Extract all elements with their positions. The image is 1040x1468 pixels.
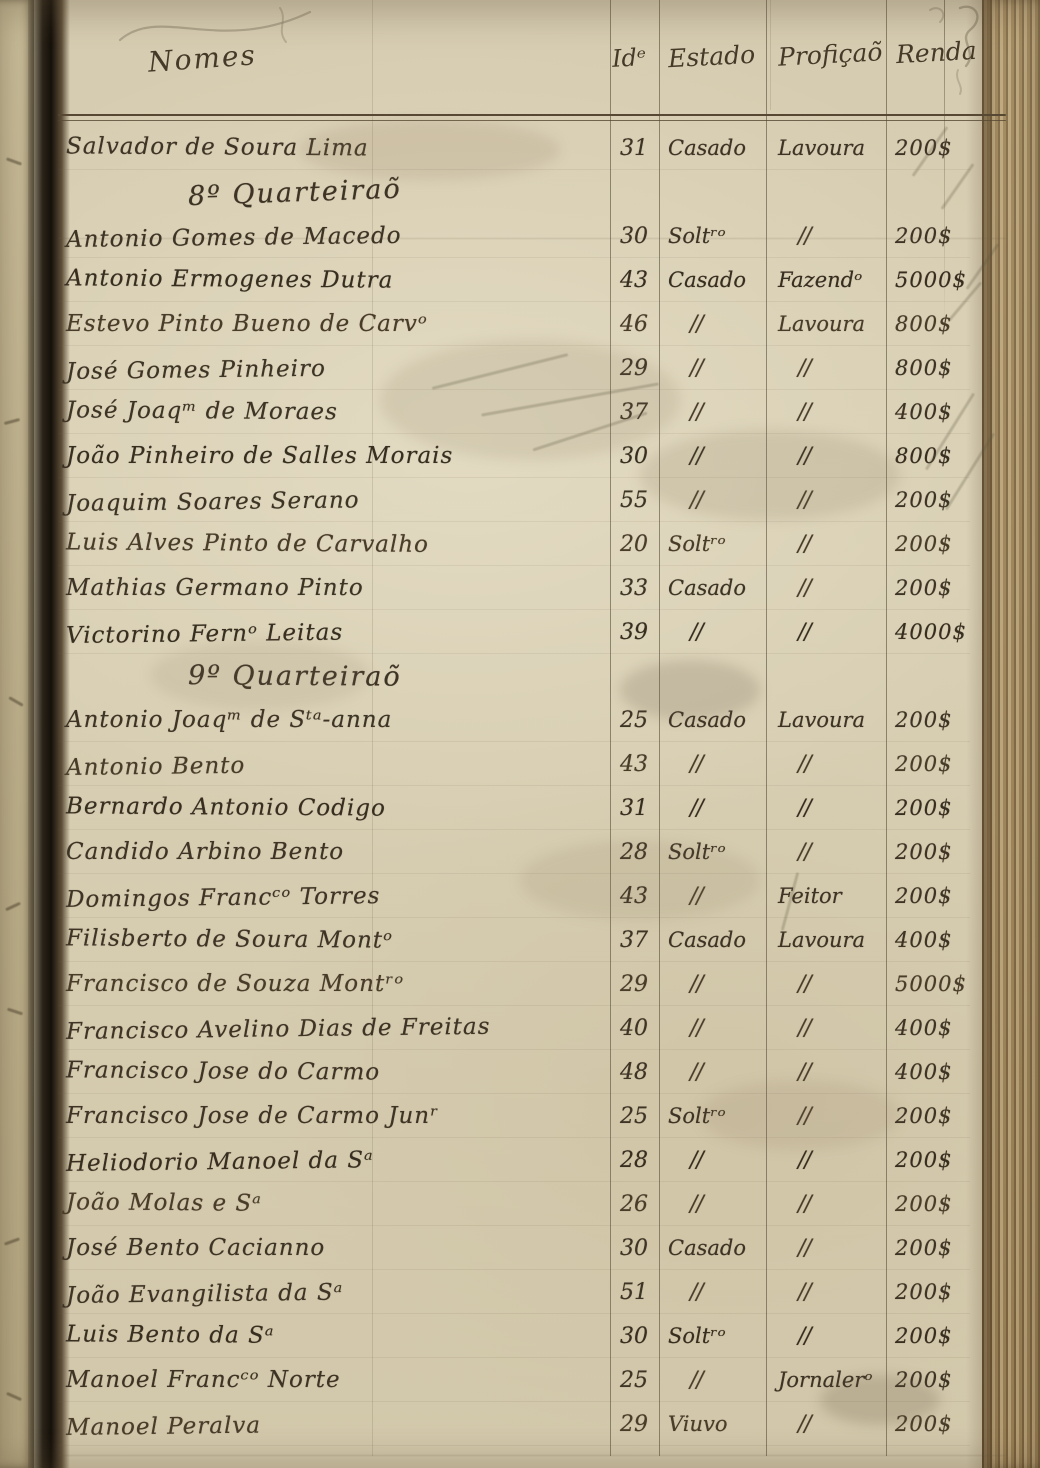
table-row: Manoel Peralva 29 Viuvo // 200$ [0, 1402, 1010, 1446]
name-cell: José Gomes Pinheiro [0, 352, 612, 385]
renda-cell: 800$ [887, 356, 1010, 380]
profissao-cell: Fazendᵒ [768, 268, 887, 292]
name-cell: 9º Quarteiraõ [0, 658, 612, 693]
renda-cell: 200$ [887, 884, 1010, 908]
name-cell: Candido Arbino Bento [0, 839, 612, 865]
profissao-cell: // [768, 444, 887, 469]
estado-cell: Soltʳᵒ [660, 532, 768, 556]
table-row: Filisberto de Soura Montᵒ 37 Casado Lavo… [0, 918, 1010, 962]
header-rule-bottom [58, 120, 1006, 121]
renda-cell: 800$ [887, 444, 1010, 468]
renda-cell: 400$ [887, 1060, 1010, 1084]
bottom-guide-line [58, 1455, 1006, 1456]
age-cell: 39 [612, 620, 660, 645]
estado-cell: // [660, 620, 768, 645]
renda-cell: 800$ [887, 312, 1010, 336]
profissao-cell: // [768, 1324, 887, 1349]
name-cell: Francisco Avelino Dias de Freitas [0, 1012, 612, 1045]
age-cell: 30 [612, 1236, 660, 1261]
estado-cell: // [660, 1368, 768, 1393]
column-header-renda: Renda [895, 36, 977, 69]
name-cell: Mathias Germano Pinto [0, 575, 612, 601]
section-header-row: 8º Quarteiraõ [0, 170, 1010, 214]
renda-cell: 200$ [887, 1412, 1010, 1436]
age-cell: 43 [612, 752, 660, 777]
name-cell: Luis Bento da Sᵃ [0, 1321, 612, 1351]
table-row: João Pinheiro de Salles Morais 30 // // … [0, 434, 1010, 478]
estado-cell: Casado [660, 928, 768, 952]
age-cell: 29 [612, 972, 660, 997]
estado-cell: Soltʳᵒ [660, 1324, 768, 1348]
name-cell: Francisco Jose de Carmo Junʳ [0, 1103, 612, 1129]
table-row: Francisco Avelino Dias de Freitas 40 // … [0, 1006, 1010, 1050]
estado-cell: // [660, 1148, 768, 1173]
table-row: Salvador de Soura Lima 31 Casado Lavoura… [0, 126, 1010, 170]
profissao-cell: // [768, 1148, 887, 1173]
profissao-cell: Jornalerᵒ [768, 1368, 887, 1392]
table-row: Luis Alves Pinto de Carvalho 20 Soltʳᵒ /… [0, 522, 1010, 566]
profissao-cell: // [768, 224, 887, 249]
estado-cell: Casado [660, 576, 768, 600]
profissao-cell: // [768, 972, 887, 997]
column-header-nomes: Nomes [147, 38, 258, 79]
estado-cell: // [660, 488, 768, 513]
table-row: Domingos Francᶜᵒ Torres 43 // Feitor 200… [0, 874, 1010, 918]
estado-cell: // [660, 356, 768, 381]
profissao-cell: // [768, 1060, 887, 1085]
age-cell: 29 [612, 356, 660, 381]
table-row: José Bento Cacianno 30 Casado // 200$ [0, 1226, 1010, 1270]
table-row: João Evangilista da Sᵃ 51 // // 200$ [0, 1270, 1010, 1314]
age-cell: 25 [612, 708, 660, 733]
table-row: Luis Bento da Sᵃ 30 Soltʳᵒ // 200$ [0, 1314, 1010, 1358]
column-header-estado: Estado [667, 40, 755, 74]
renda-cell: 5000$ [887, 268, 1010, 292]
profissao-cell: Lavoura [768, 708, 887, 732]
age-cell: 55 [612, 488, 660, 513]
table-row: Antonio Ermogenes Dutra 43 Casado Fazend… [0, 258, 1010, 302]
estado-cell: // [660, 752, 768, 777]
column-header-idade: Idᵉ [611, 43, 647, 73]
renda-cell: 200$ [887, 224, 1010, 248]
renda-cell: 200$ [887, 1236, 1010, 1260]
profissao-cell: // [768, 752, 887, 777]
name-cell: Luis Alves Pinto de Carvalho [0, 529, 612, 559]
name-cell: Salvador de Soura Lima [0, 133, 612, 163]
age-cell: 30 [612, 1324, 660, 1349]
renda-cell: 200$ [887, 532, 1010, 556]
age-cell: 31 [612, 796, 660, 821]
name-cell: Heliodorio Manoel da Sᵃ [0, 1144, 612, 1177]
estado-cell: Soltʳᵒ [660, 1104, 768, 1128]
profissao-cell: // [768, 488, 887, 513]
renda-cell: 200$ [887, 708, 1010, 732]
name-cell: Antonio Gomes de Macedo [0, 220, 612, 253]
table-row: Manoel Francᶜᵒ Norte 25 // Jornalerᵒ 200… [0, 1358, 1010, 1402]
renda-cell: 200$ [887, 752, 1010, 776]
manuscript-ledger-page: Nomes Idᵉ Estado Profiçaõ Renda Salvador… [0, 0, 1040, 1468]
age-cell: 30 [612, 224, 660, 249]
table-row: José Joaqᵐ de Moraes 37 // // 400$ [0, 390, 1010, 434]
profissao-cell: // [768, 796, 887, 821]
table-row: Victorino Fernᵒ Leitas 39 // // 4000$ [0, 610, 1010, 654]
table-row: Antonio Joaqᵐ de Sᵗᵃ-anna 25 Casado Lavo… [0, 698, 1010, 742]
estado-cell: Casado [660, 136, 768, 160]
table-row: Francisco de Souza Montʳᵒ 29 // // 5000$ [0, 962, 1010, 1006]
estado-cell: // [660, 1060, 768, 1085]
name-cell: João Molas e Sᵃ [0, 1189, 612, 1219]
renda-cell: 200$ [887, 576, 1010, 600]
name-cell: João Evangilista da Sᵃ [0, 1276, 612, 1309]
age-cell: 25 [612, 1368, 660, 1393]
estado-cell: // [660, 312, 768, 337]
profissao-cell: // [768, 840, 887, 865]
renda-cell: 200$ [887, 1104, 1010, 1128]
header-rule-top [58, 114, 1006, 116]
rule-bleedthrough-2 [770, 0, 771, 110]
estado-cell: // [660, 1016, 768, 1041]
age-cell: 46 [612, 312, 660, 337]
table-row: João Molas e Sᵃ 26 // // 200$ [0, 1182, 1010, 1226]
name-cell: Manoel Francᶜᵒ Norte [0, 1367, 612, 1393]
age-cell: 31 [612, 136, 660, 161]
age-cell: 40 [612, 1016, 660, 1041]
renda-cell: 400$ [887, 1016, 1010, 1040]
name-cell: Antonio Joaqᵐ de Sᵗᵃ-anna [0, 707, 612, 733]
renda-cell: 400$ [887, 400, 1010, 424]
table-row: Estevo Pinto Bueno de Carvᵒ 46 // Lavour… [0, 302, 1010, 346]
renda-cell: 5000$ [887, 972, 1010, 996]
profissao-cell: // [768, 356, 887, 381]
age-cell: 25 [612, 1104, 660, 1129]
name-cell: Francisco de Souza Montʳᵒ [0, 971, 612, 997]
name-cell: João Pinheiro de Salles Morais [0, 443, 612, 469]
profissao-cell: // [768, 620, 887, 645]
estado-cell: Viuvo [660, 1412, 768, 1436]
renda-cell: 200$ [887, 1148, 1010, 1172]
table-row: Bernardo Antonio Codigo 31 // // 200$ [0, 786, 1010, 830]
table-row: Antonio Gomes de Macedo 30 Soltʳᵒ // 200… [0, 214, 1010, 258]
renda-cell: 200$ [887, 796, 1010, 820]
age-cell: 29 [612, 1412, 660, 1437]
estado-cell: // [660, 1192, 768, 1217]
table-row: Antonio Bento 43 // // 200$ [0, 742, 1010, 786]
name-cell: Antonio Ermogenes Dutra [0, 265, 612, 295]
estado-cell: Casado [660, 708, 768, 732]
name-cell: Antonio Bento [0, 748, 612, 781]
age-cell: 51 [612, 1280, 660, 1305]
age-cell: 33 [612, 576, 660, 601]
table-row: Candido Arbino Bento 28 Soltʳᵒ // 200$ [0, 830, 1010, 874]
name-cell: Victorino Fernᵒ Leitas [0, 616, 612, 649]
profissao-cell: // [768, 1412, 887, 1437]
profissao-cell: // [768, 400, 887, 425]
age-cell: 43 [612, 268, 660, 293]
renda-cell: 200$ [887, 1324, 1010, 1348]
age-cell: 26 [612, 1192, 660, 1217]
age-cell: 20 [612, 532, 660, 557]
table-row: Joaquim Soares Serano 55 // // 200$ [0, 478, 1010, 522]
name-cell: Domingos Francᶜᵒ Torres [0, 880, 612, 913]
column-header-profissao: Profiçaõ [777, 37, 883, 71]
name-cell: José Bento Cacianno [0, 1235, 612, 1261]
renda-cell: 400$ [887, 928, 1010, 952]
profissao-cell: // [768, 576, 887, 601]
renda-cell: 200$ [887, 1280, 1010, 1304]
estado-cell: Casado [660, 1236, 768, 1260]
renda-cell: 200$ [887, 1192, 1010, 1216]
name-cell: Francisco Jose do Carmo [0, 1057, 612, 1087]
renda-cell: 200$ [887, 840, 1010, 864]
estado-cell: // [660, 400, 768, 425]
age-cell: 37 [612, 400, 660, 425]
name-cell: 8º Quarteiraõ [0, 166, 612, 218]
profissao-cell: // [768, 532, 887, 557]
renda-cell: 4000$ [887, 620, 1010, 644]
table-row: José Gomes Pinheiro 29 // // 800$ [0, 346, 1010, 390]
estado-cell: // [660, 884, 768, 909]
estado-cell: Soltʳᵒ [660, 224, 768, 248]
age-cell: 30 [612, 444, 660, 469]
profissao-cell: // [768, 1016, 887, 1041]
profissao-cell: Lavoura [768, 928, 887, 952]
estado-cell: Casado [660, 268, 768, 292]
name-cell: Estevo Pinto Bueno de Carvᵒ [0, 311, 612, 337]
table-row: Francisco Jose do Carmo 48 // // 400$ [0, 1050, 1010, 1094]
name-cell: Joaquim Soares Serano [0, 484, 612, 517]
table-row: Heliodorio Manoel da Sᵃ 28 // // 200$ [0, 1138, 1010, 1182]
profissao-cell: Lavoura [768, 136, 887, 160]
profissao-cell: // [768, 1280, 887, 1305]
table-row: Mathias Germano Pinto 33 Casado // 200$ [0, 566, 1010, 610]
renda-cell: 200$ [887, 136, 1010, 160]
section-header-row: 9º Quarteiraõ [0, 654, 1010, 698]
rows: Salvador de Soura Lima 31 Casado Lavoura… [0, 126, 1010, 1446]
profissao-cell: // [768, 1104, 887, 1129]
renda-cell: 200$ [887, 488, 1010, 512]
age-cell: 37 [612, 928, 660, 953]
name-cell: Manoel Peralva [0, 1408, 612, 1441]
age-cell: 43 [612, 884, 660, 909]
estado-cell: // [660, 444, 768, 469]
estado-cell: // [660, 1280, 768, 1305]
name-cell: José Joaqᵐ de Moraes [0, 397, 612, 427]
profissao-cell: // [768, 1192, 887, 1217]
table-row: Francisco Jose de Carmo Junʳ 25 Soltʳᵒ /… [0, 1094, 1010, 1138]
name-cell: Filisberto de Soura Montᵒ [0, 925, 612, 955]
profissao-cell: Feitor [768, 884, 887, 908]
profissao-cell: Lavoura [768, 312, 887, 336]
profissao-cell: // [768, 1236, 887, 1261]
name-cell: Bernardo Antonio Codigo [0, 793, 612, 823]
age-cell: 28 [612, 1148, 660, 1173]
estado-cell: // [660, 972, 768, 997]
renda-cell: 200$ [887, 1368, 1010, 1392]
estado-cell: Soltʳᵒ [660, 840, 768, 864]
age-cell: 48 [612, 1060, 660, 1085]
age-cell: 28 [612, 840, 660, 865]
estado-cell: // [660, 796, 768, 821]
